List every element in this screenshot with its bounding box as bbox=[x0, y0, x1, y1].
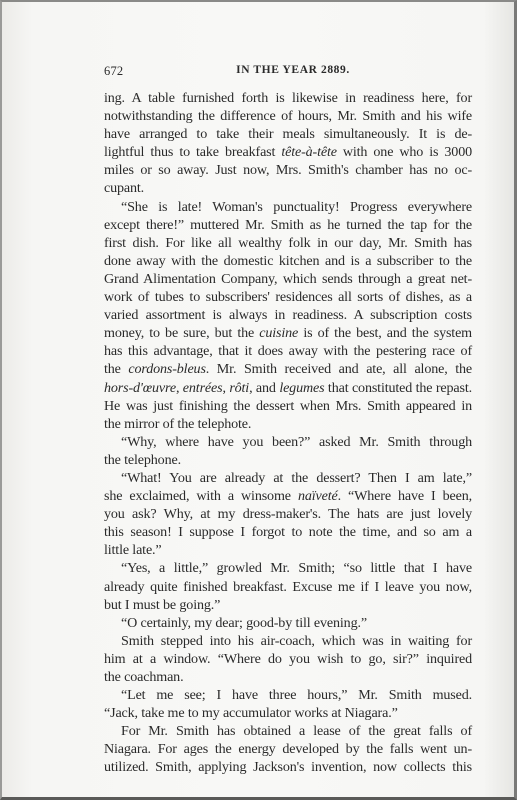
text-line: money, to be sure, but the cuisine is of… bbox=[104, 324, 472, 342]
italic-phrase: entrées bbox=[183, 380, 223, 396]
text-line: the cordons-bleus. Mr. Smith received an… bbox=[104, 360, 472, 378]
text-line: the telephone. bbox=[104, 451, 472, 469]
text-line: you ask? Why, at my dress-maker's. The h… bbox=[104, 505, 472, 523]
text-line: this season! I suppose I forgot to note … bbox=[104, 523, 472, 541]
text-line: ing. A table furnished forth is likewise… bbox=[104, 89, 472, 107]
text-line: “Yes, a little,” growled Mr. Smith; “so … bbox=[104, 559, 472, 577]
running-title: IN THE YEAR 2889. bbox=[104, 64, 472, 76]
text-line: miles or so away. Just now, Mrs. Smith's… bbox=[104, 161, 472, 179]
text-line: the coachman. bbox=[104, 668, 472, 686]
text-line: have arranged to take their meals simult… bbox=[104, 125, 472, 143]
text-line: varied assortment is always in readiness… bbox=[104, 306, 472, 324]
italic-phrase: rôti bbox=[229, 380, 249, 396]
text-line: Grand Alimentation Company, which sends … bbox=[104, 270, 472, 288]
text-line: “Let me see; I have three hours,” Mr. Sm… bbox=[104, 686, 472, 704]
text-line: Niagara. For ages the energy developed b… bbox=[104, 740, 472, 758]
italic-phrase: tête-à-tête bbox=[281, 144, 336, 160]
text-line: already quite finished breakfast. Excuse… bbox=[104, 578, 472, 596]
text-line: little late.” bbox=[104, 541, 472, 559]
text-line: Smith stepped into his air-coach, which … bbox=[104, 632, 472, 650]
italic-phrase: legumes bbox=[279, 380, 324, 396]
book-page: 672 IN THE YEAR 2889. ing. A table furni… bbox=[0, 0, 517, 800]
text-line: “Why, where have you been?” asked Mr. Sm… bbox=[104, 433, 472, 451]
text-line: cupant. bbox=[104, 179, 472, 197]
italic-phrase: cuisine bbox=[259, 325, 298, 341]
text-line: “Jack, take me to my accumulator works a… bbox=[104, 704, 472, 722]
running-head: 672 IN THE YEAR 2889. bbox=[104, 64, 472, 80]
text-line: first dish. For like all wealthy folk in… bbox=[104, 234, 472, 252]
text-line: “What! You are already at the dessert? T… bbox=[104, 469, 472, 487]
text-line: him at a window. “Where do you wish to g… bbox=[104, 650, 472, 668]
text-line: work of tubes to subscribers' residences… bbox=[104, 288, 472, 306]
text-line: notwithstanding the difference of hours,… bbox=[104, 107, 472, 125]
text-line: “O certainly, my dear; good-by till even… bbox=[104, 614, 472, 632]
text-line: has this advantage, that it does away wi… bbox=[104, 342, 472, 360]
text-line: she exclaimed, with a winsome naïveté. “… bbox=[104, 487, 472, 505]
text-line: For Mr. Smith has obtained a lease of th… bbox=[104, 722, 472, 740]
text-line: “She is late! Woman's punctuality! Progr… bbox=[104, 198, 472, 216]
text-line: except there!” muttered Mr. Smith as he … bbox=[104, 216, 472, 234]
text-line: hors-d'œuvre, entrées, rôti, and legumes… bbox=[104, 379, 472, 397]
italic-phrase: hors-d'œuvre bbox=[104, 380, 176, 396]
text-line: but I must be going.” bbox=[104, 596, 472, 614]
body-text: ing. A table furnished forth is likewise… bbox=[104, 89, 472, 777]
text-line: utilized. Smith, applying Jackson's inve… bbox=[104, 758, 472, 776]
text-line: He was just finishing the dessert when M… bbox=[104, 397, 472, 415]
italic-phrase: cordons-bleus bbox=[128, 361, 205, 377]
text-line: done away with the domestic kitchen and … bbox=[104, 252, 472, 270]
italic-phrase: naïveté bbox=[298, 488, 338, 504]
text-line: lightful thus to take breakfast tête-à-t… bbox=[104, 143, 472, 161]
text-line: the mirror of the telephote. bbox=[104, 415, 472, 433]
